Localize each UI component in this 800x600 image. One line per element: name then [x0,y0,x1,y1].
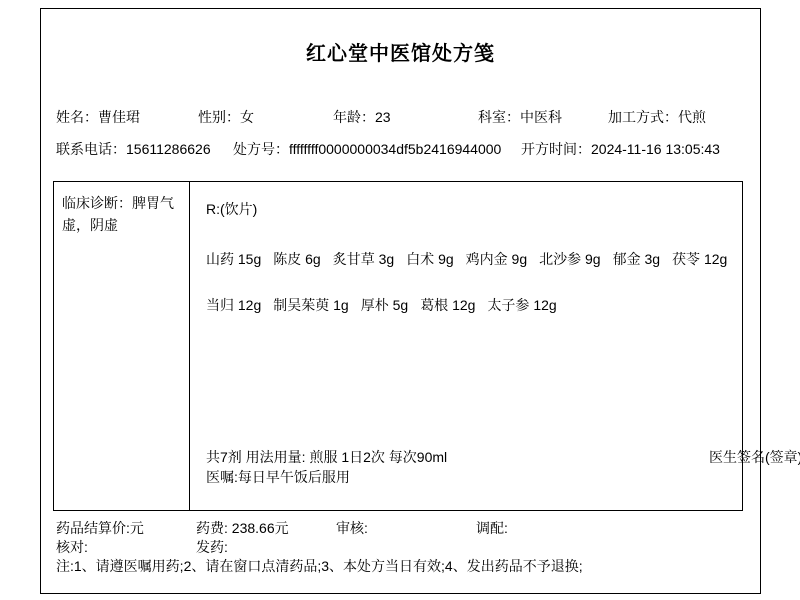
contact-phone: 联系电话：15611286626 [56,139,211,159]
prescription-sheet: 红心堂中医馆处方笺 姓名：曹佳珺 性别：女 年龄：23 科室：中医科 加工方式：… [40,8,761,594]
usage-dosage: 共7剂 用法用量: 煎服 1日2次 每次90ml [206,447,447,467]
herb-item: 茯苓 12g [672,251,727,267]
herb-item: 北沙参 9g [539,251,600,267]
herb-item: 当归 12g [206,297,261,313]
rx-content: R:(饮片) 山药 15g陈皮 6g炙甘草 3g白术 9g鸡内金 9g北沙参 9… [191,182,742,510]
settle-price: 药品结算价:元 [56,518,144,538]
herb-item: 山药 15g [206,251,261,267]
herb-item: 葛根 12g [420,297,475,313]
herb-item: 陈皮 6g [273,251,320,267]
review-field: 审核: [336,518,368,538]
check-field: 核对: [56,537,88,557]
herb-list: 山药 15g陈皮 6g炙甘草 3g白术 9g鸡内金 9g北沙参 9g郁金 3g茯… [206,249,734,341]
clinical-diagnosis: 临床诊断：脾胃气虚，阴虚 [62,192,181,236]
footer-note: 注:1、请遵医嘱用药;2、请在窗口点清药品;3、本处方当日有效;4、发出药品不予… [56,556,583,576]
herb-item: 白术 9g [406,251,453,267]
herb-item: 炙甘草 3g [333,251,394,267]
patient-name: 姓名：曹佳珺 [56,107,140,127]
herb-item: 厚朴 5g [361,297,408,313]
rx-box: 临床诊断：脾胃气虚，阴虚 R:(饮片) 山药 15g陈皮 6g炙甘草 3g白术 … [53,181,743,511]
prescription-time: 开方时间：2024-11-16 13:05:43 [521,139,720,159]
prepare-field: 调配: [476,518,508,538]
page-title: 红心堂中医馆处方笺 [41,37,760,66]
diagnosis-panel: 临床诊断：脾胃气虚，阴虚 [54,182,190,510]
doctor-advice: 医嘱:每日早午饭后服用 [206,467,447,487]
processing-method: 加工方式：代煎 [608,107,706,127]
patient-age: 年龄：23 [333,107,391,127]
dispense-field: 发药: [196,537,228,557]
herb-line: 山药 15g陈皮 6g炙甘草 3g白术 9g鸡内金 9g北沙参 9g郁金 3g茯… [206,249,734,270]
herb-line: 当归 12g制吴茱萸 1g厚朴 5g葛根 12g太子参 12g [206,295,734,316]
usage-block: 共7剂 用法用量: 煎服 1日2次 每次90ml 医嘱:每日早午饭后服用 [206,447,447,487]
herb-item: 太子参 12g [487,297,556,313]
prescription-number: 处方号：ffffffff0000000034df5b2416944000 [233,139,501,159]
herb-item: 制吴茱萸 1g [273,297,348,313]
rx-header: R:(饮片) [206,199,257,219]
herb-item: 鸡内金 9g [466,251,527,267]
herb-item: 郁金 3g [613,251,660,267]
patient-gender: 性别：女 [198,107,254,127]
doctor-signature: 医生签名(签章): 肖月升 [709,447,800,467]
medicine-fee: 药费: 238.66元 [196,518,289,538]
department: 科室：中医科 [478,107,562,127]
